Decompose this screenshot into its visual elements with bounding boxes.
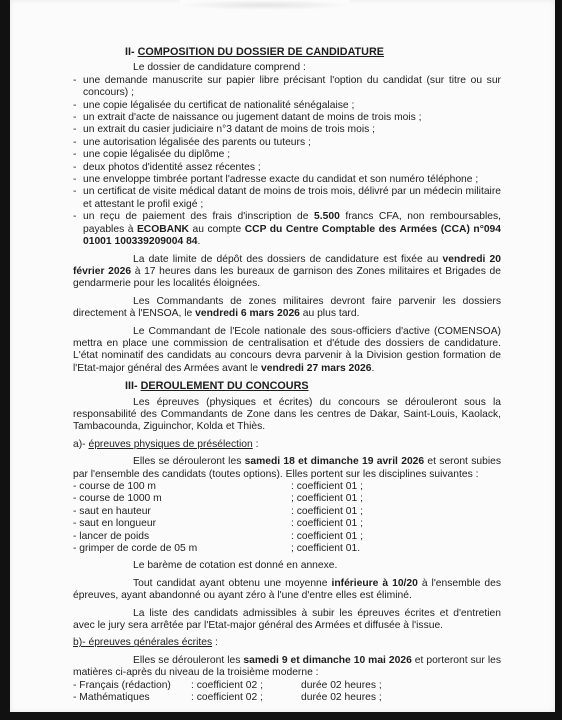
comensoa-paragraph: Le Commandant de l'Ecole nationale des s… bbox=[73, 326, 501, 376]
subjects-list: Français (rédaction): coefficient 02 ;du… bbox=[73, 680, 501, 705]
physical-subheading: a)- épreuves physiques de présélection : bbox=[73, 439, 501, 451]
written-subheading: b)- épreuves générales écrites : bbox=[73, 637, 501, 649]
written-dates: samedi 9 et dimanche 10 mai 2026 bbox=[243, 655, 411, 666]
admissible-paragraph: La liste des candidats admissibles à sub… bbox=[73, 608, 501, 633]
section-3-heading: III- DEROULEMENT DU CONCOURS bbox=[125, 380, 501, 392]
section-3-title: DEROULEMENT DU CONCOURS bbox=[141, 380, 309, 392]
dossier-intro: Le dossier de candidature comprend : bbox=[73, 62, 501, 74]
document-page: II- COMPOSITION DU DOSSIER DE CANDIDATUR… bbox=[10, 0, 555, 712]
list-item: une autorisation légalisée des parents o… bbox=[73, 137, 501, 149]
list-item-receipt: un reçu de paiement des frais d'inscript… bbox=[73, 211, 501, 248]
document-content: II- COMPOSITION DU DOSSIER DE CANDIDATUR… bbox=[73, 46, 501, 705]
subject-row: Mathématiques: coefficient 02 ;durée 02 … bbox=[73, 692, 501, 704]
elimination-threshold: inférieure à 10/20 bbox=[331, 578, 417, 589]
section-2-title: COMPOSITION DU DOSSIER DE CANDIDATURE bbox=[138, 46, 384, 58]
bank-name: ECOBANK bbox=[137, 224, 189, 235]
list-item: un certificat de visite médical datant d… bbox=[73, 186, 501, 211]
section-2-heading: II- COMPOSITION DU DOSSIER DE CANDIDATUR… bbox=[125, 46, 501, 58]
list-due-date: vendredi 27 mars 2026 bbox=[261, 363, 371, 374]
exam-intro: Les épreuves (physiques et écrites) du c… bbox=[73, 397, 501, 434]
list-item: une copie légalisée du certificat de nat… bbox=[73, 100, 501, 112]
physical-dates-paragraph: Elles se dérouleront les samedi 18 et di… bbox=[73, 456, 501, 481]
dossier-items-list: une demande manuscrite sur papier libre … bbox=[73, 75, 501, 249]
list-item: un extrait d'acte de naissance ou jugeme… bbox=[73, 112, 501, 124]
elimination-paragraph: Tout candidat ayant obtenu une moyenne i… bbox=[73, 578, 501, 603]
discipline-row: saut en hauteur: coefficient 01 ; bbox=[73, 506, 501, 518]
discipline-row: course de 100 m: coefficient 01 ; bbox=[73, 481, 501, 493]
list-item: deux photos d'identité assez récentes ; bbox=[73, 162, 501, 174]
list-item: une copie légalisée du diplôme ; bbox=[73, 149, 501, 161]
list-item: un extrait du casier judiciaire n°3 data… bbox=[73, 124, 501, 136]
scale-note: Le barème de cotation est donné en annex… bbox=[73, 560, 501, 572]
physical-dates: samedi 18 et dimanche 19 avril 2026 bbox=[245, 456, 424, 467]
list-item: une demande manuscrite sur papier libre … bbox=[73, 75, 501, 100]
deadline-paragraph: La date limite de dépôt des dossiers de … bbox=[73, 254, 501, 291]
discipline-row: course de 1000 m; coefficient 01 ; bbox=[73, 493, 501, 505]
written-dates-paragraph: Elles se dérouleront les samedi 9 et dim… bbox=[73, 655, 501, 680]
disciplines-list: course de 100 m: coefficient 01 ; course… bbox=[73, 481, 501, 555]
photo-glare bbox=[180, 0, 350, 10]
subject-row: Français (rédaction): coefficient 02 ;du… bbox=[73, 680, 501, 692]
commanders-paragraph: Les Commandants de zones militaires devr… bbox=[73, 296, 501, 321]
discipline-row: lancer de poids: coefficient 01 ; bbox=[73, 531, 501, 543]
transfer-date: vendredi 6 mars 2026 bbox=[195, 308, 300, 319]
discipline-row: grimper de corde de 05 m; coefficient 01… bbox=[73, 543, 501, 555]
list-item: une enveloppe timbrée portant l'adresse … bbox=[73, 174, 501, 186]
discipline-row: saut en longueur: coefficient 01 ; bbox=[73, 518, 501, 530]
fee-amount: 5.500 bbox=[314, 211, 340, 222]
